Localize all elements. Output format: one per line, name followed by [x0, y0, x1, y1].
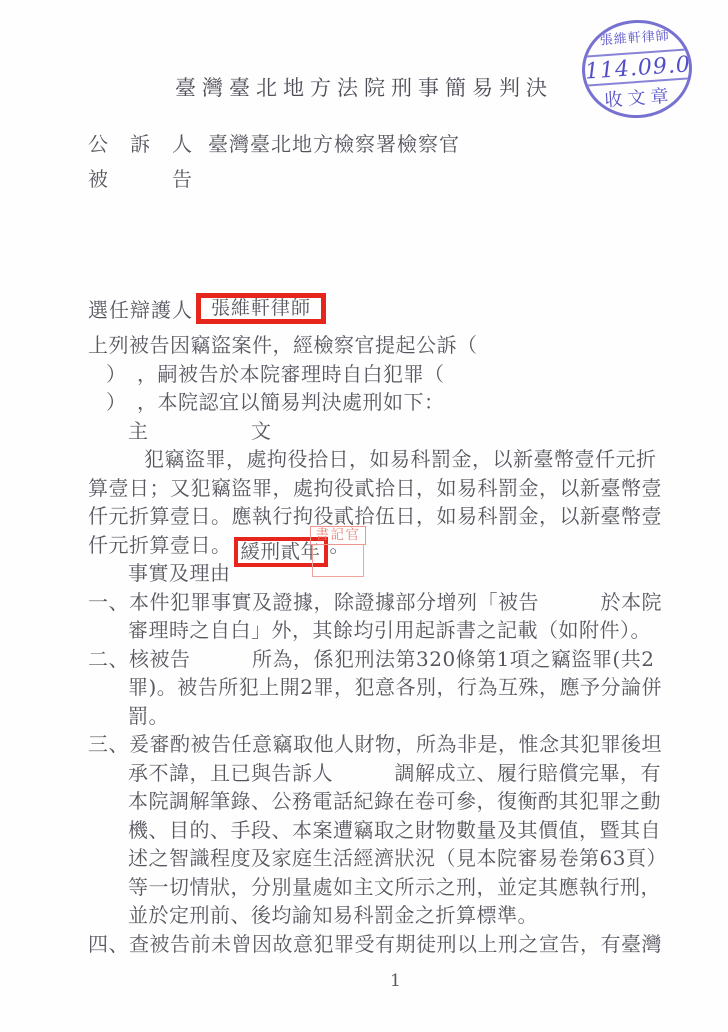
reason-line: 機、目的、手段、本案遭竊取之財物數量及其價值，暨其自: [88, 816, 666, 845]
reason-line: 三、爰審酌被告任意竊取他人財物，所為非是，惟念其犯罪後坦: [88, 730, 666, 759]
reason-line: 本院調解筆錄、公務電話紀錄在卷可參，復衡酌其犯罪之動: [88, 787, 666, 816]
parties-block: 公訴人 臺灣臺北地方檢察署檢察官 被告: [88, 131, 460, 201]
document-title: 臺灣臺北地方法院刑事簡易判決: [0, 72, 728, 102]
reason-line: 四、查被告前未曾因故意犯罪受有期徒刑以上刑之宣告，有臺灣: [88, 930, 666, 959]
reason-line: 等一切情狀，分別量處如主文所示之刑，並定其應執行刑，: [88, 873, 666, 902]
scanned-judgment-page: 張維軒律師 114.09.03 收文章 臺灣臺北地方法院刑事簡易判決 公訴人 臺…: [0, 0, 728, 1032]
clerk-stamp: 書記官: [310, 526, 368, 577]
verdict-line-prefix: 仟元折算壹日。: [88, 533, 232, 557]
intro-line: 上列被告因竊盜案件，經檢察官提起公訴（: [88, 331, 666, 360]
defendant-label: 被告: [88, 166, 192, 192]
clerk-stamp-empty-box: [312, 545, 364, 577]
prosecutor-label: 公訴人: [88, 131, 192, 157]
reason-line: 承不諱，且已與告訴人 調解成立、履行賠償完畢，有: [88, 759, 666, 788]
verdict-line: 犯竊盜罪，處拘役拾日，如易科罰金，以新臺幣壹仟元折: [88, 445, 666, 474]
clerk-stamp-label: 書記官: [310, 526, 366, 545]
reason-line: 罪)。被告所犯上開2罪，犯意各別，行為互殊，應予分論併: [88, 673, 666, 702]
verdict-line: 仟元折算壹日。緩刑貳年。: [88, 531, 666, 560]
receipt-stamp: 張維軒律師 114.09.03 收文章: [579, 16, 696, 121]
verdict-line: 算壹日；又犯竊盜罪，處拘役貳拾日，如易科罰金，以新臺幣壹: [88, 474, 666, 503]
reason-line: 審理時之自白」外，其餘均引用起訴書之記載（如附件）。: [88, 616, 666, 645]
reason-line: 一、本件犯罪事實及證據，除證據部分增列「被告 於本院: [88, 588, 666, 617]
prosecutor-value: 臺灣臺北地方檢察署檢察官: [208, 131, 460, 157]
main-text-heading: 主 文: [88, 417, 666, 446]
reason-line: 並於定刑前、後均諭知易科罰金之折算標準。: [88, 901, 666, 930]
intro-line: ） ，本院認宜以簡易判決處刑如下：: [88, 388, 666, 417]
intro-line: ） ，嗣被告於本院審理時自白犯罪（: [88, 360, 666, 389]
facts-heading: 事實及理由: [88, 559, 666, 588]
reason-line: 罰。: [88, 702, 666, 731]
defender-label: 選任辯護人: [88, 294, 193, 323]
defendant-row: 被告: [88, 166, 460, 201]
defender-name-highlight-box: 張維軒律師: [196, 293, 326, 324]
judgment-body: 上列被告因竊盜案件，經檢察官提起公訴（ ） ，嗣被告於本院審理時自白犯罪（ ） …: [88, 331, 666, 958]
verdict-line: 仟元折算壹日。應執行拘役貳拾伍日，如易科罰金，以新臺幣壹: [88, 502, 666, 531]
reason-line: 二、核被告 所為，係犯刑法第320條第1項之竊盜罪(共2: [88, 645, 666, 674]
prosecutor-row: 公訴人 臺灣臺北地方檢察署檢察官: [88, 131, 460, 166]
page-number: 1: [390, 971, 401, 991]
reason-line: 述之智識程度及家庭生活經濟狀況（見本院審易卷第63頁）: [88, 844, 666, 873]
defender-row: 選任辯護人 張維軒律師: [88, 293, 326, 324]
